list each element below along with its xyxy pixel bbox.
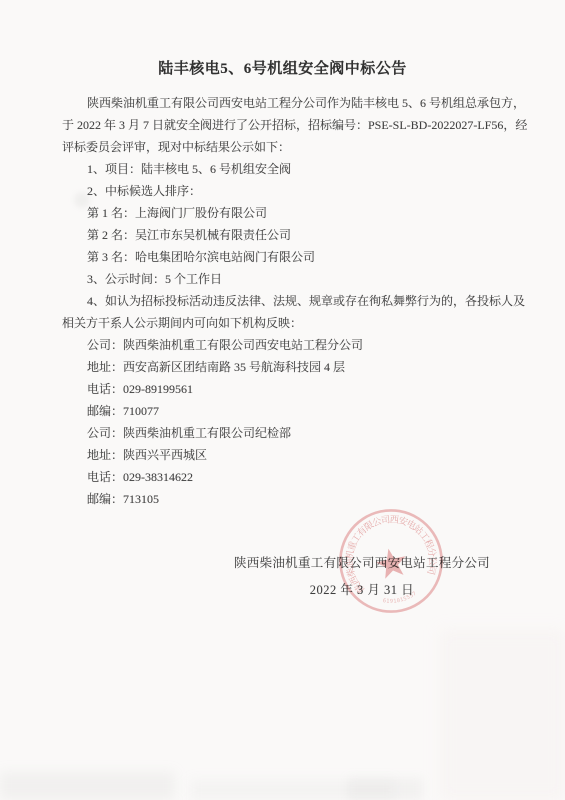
doc-line: 第 1 名：上海阀门厂股份有限公司 bbox=[62, 202, 565, 224]
doc-line: 第 2 名：吴江市东吴机械有限责任公司 bbox=[62, 224, 565, 246]
doc-line: 电话：029-38314622 bbox=[62, 466, 565, 488]
scanned-document-page: { "page": { "background": "#faf9f8", "te… bbox=[0, 0, 565, 800]
scan-artifact bbox=[190, 780, 395, 800]
doc-line: 公司：陕西柴油机重工有限公司纪检部 bbox=[62, 422, 565, 444]
scan-artifact bbox=[348, 778, 423, 800]
doc-line: 评标委员会评审，现对中标结果公示如下： bbox=[62, 136, 565, 158]
document-title: 陆丰核电5、6号机组安全阀中标公告 bbox=[0, 57, 565, 78]
doc-line: 1、项目：陆丰核电 5、6 号机组安全阀 bbox=[62, 158, 565, 180]
doc-line: 于 2022 年 3 月 7 日就安全阀进行了公开招标，招标编号：PSE-SL-… bbox=[62, 114, 565, 136]
doc-line: 2、中标候选人排序： bbox=[62, 180, 565, 202]
document-body: 陕西柴油机重工有限公司西安电站工程分公司作为陆丰核电 5、6 号机组总承包方，于… bbox=[62, 92, 565, 510]
signature-block: 陕西柴油机重工有限公司西安电站工程分公司 2022 年 3 月 31 日 bbox=[234, 552, 490, 601]
signature-date: 2022 年 3 月 31 日 bbox=[234, 579, 490, 601]
scan-artifact bbox=[440, 630, 565, 800]
doc-line: 3、公示时间：5 个工作日 bbox=[62, 268, 565, 290]
signature-company: 陕西柴油机重工有限公司西安电站工程分公司 bbox=[234, 552, 490, 574]
doc-line: 第 3 名：哈电集团哈尔滨电站阀门有限公司 bbox=[62, 246, 565, 268]
scan-artifact bbox=[0, 772, 175, 800]
doc-line: 邮编：713105 bbox=[62, 488, 565, 510]
doc-line: 相关方干系人公示期间内可向如下机构反映： bbox=[62, 312, 565, 334]
doc-line: 电话：029-89199561 bbox=[62, 378, 565, 400]
doc-line: 地址：陕西兴平西城区 bbox=[62, 444, 565, 466]
doc-line: 4、如认为招标投标活动违反法律、法规、规章或存在徇私舞弊行为的，各投标人及 bbox=[62, 290, 565, 312]
doc-line: 陕西柴油机重工有限公司西安电站工程分公司作为陆丰核电 5、6 号机组总承包方， bbox=[62, 92, 565, 114]
doc-line: 地址：西安高新区团结南路 35 号航海科技园 4 层 bbox=[62, 356, 565, 378]
doc-line: 公司：陕西柴油机重工有限公司西安电站工程分公司 bbox=[62, 334, 565, 356]
doc-line: 邮编：710077 bbox=[62, 400, 565, 422]
